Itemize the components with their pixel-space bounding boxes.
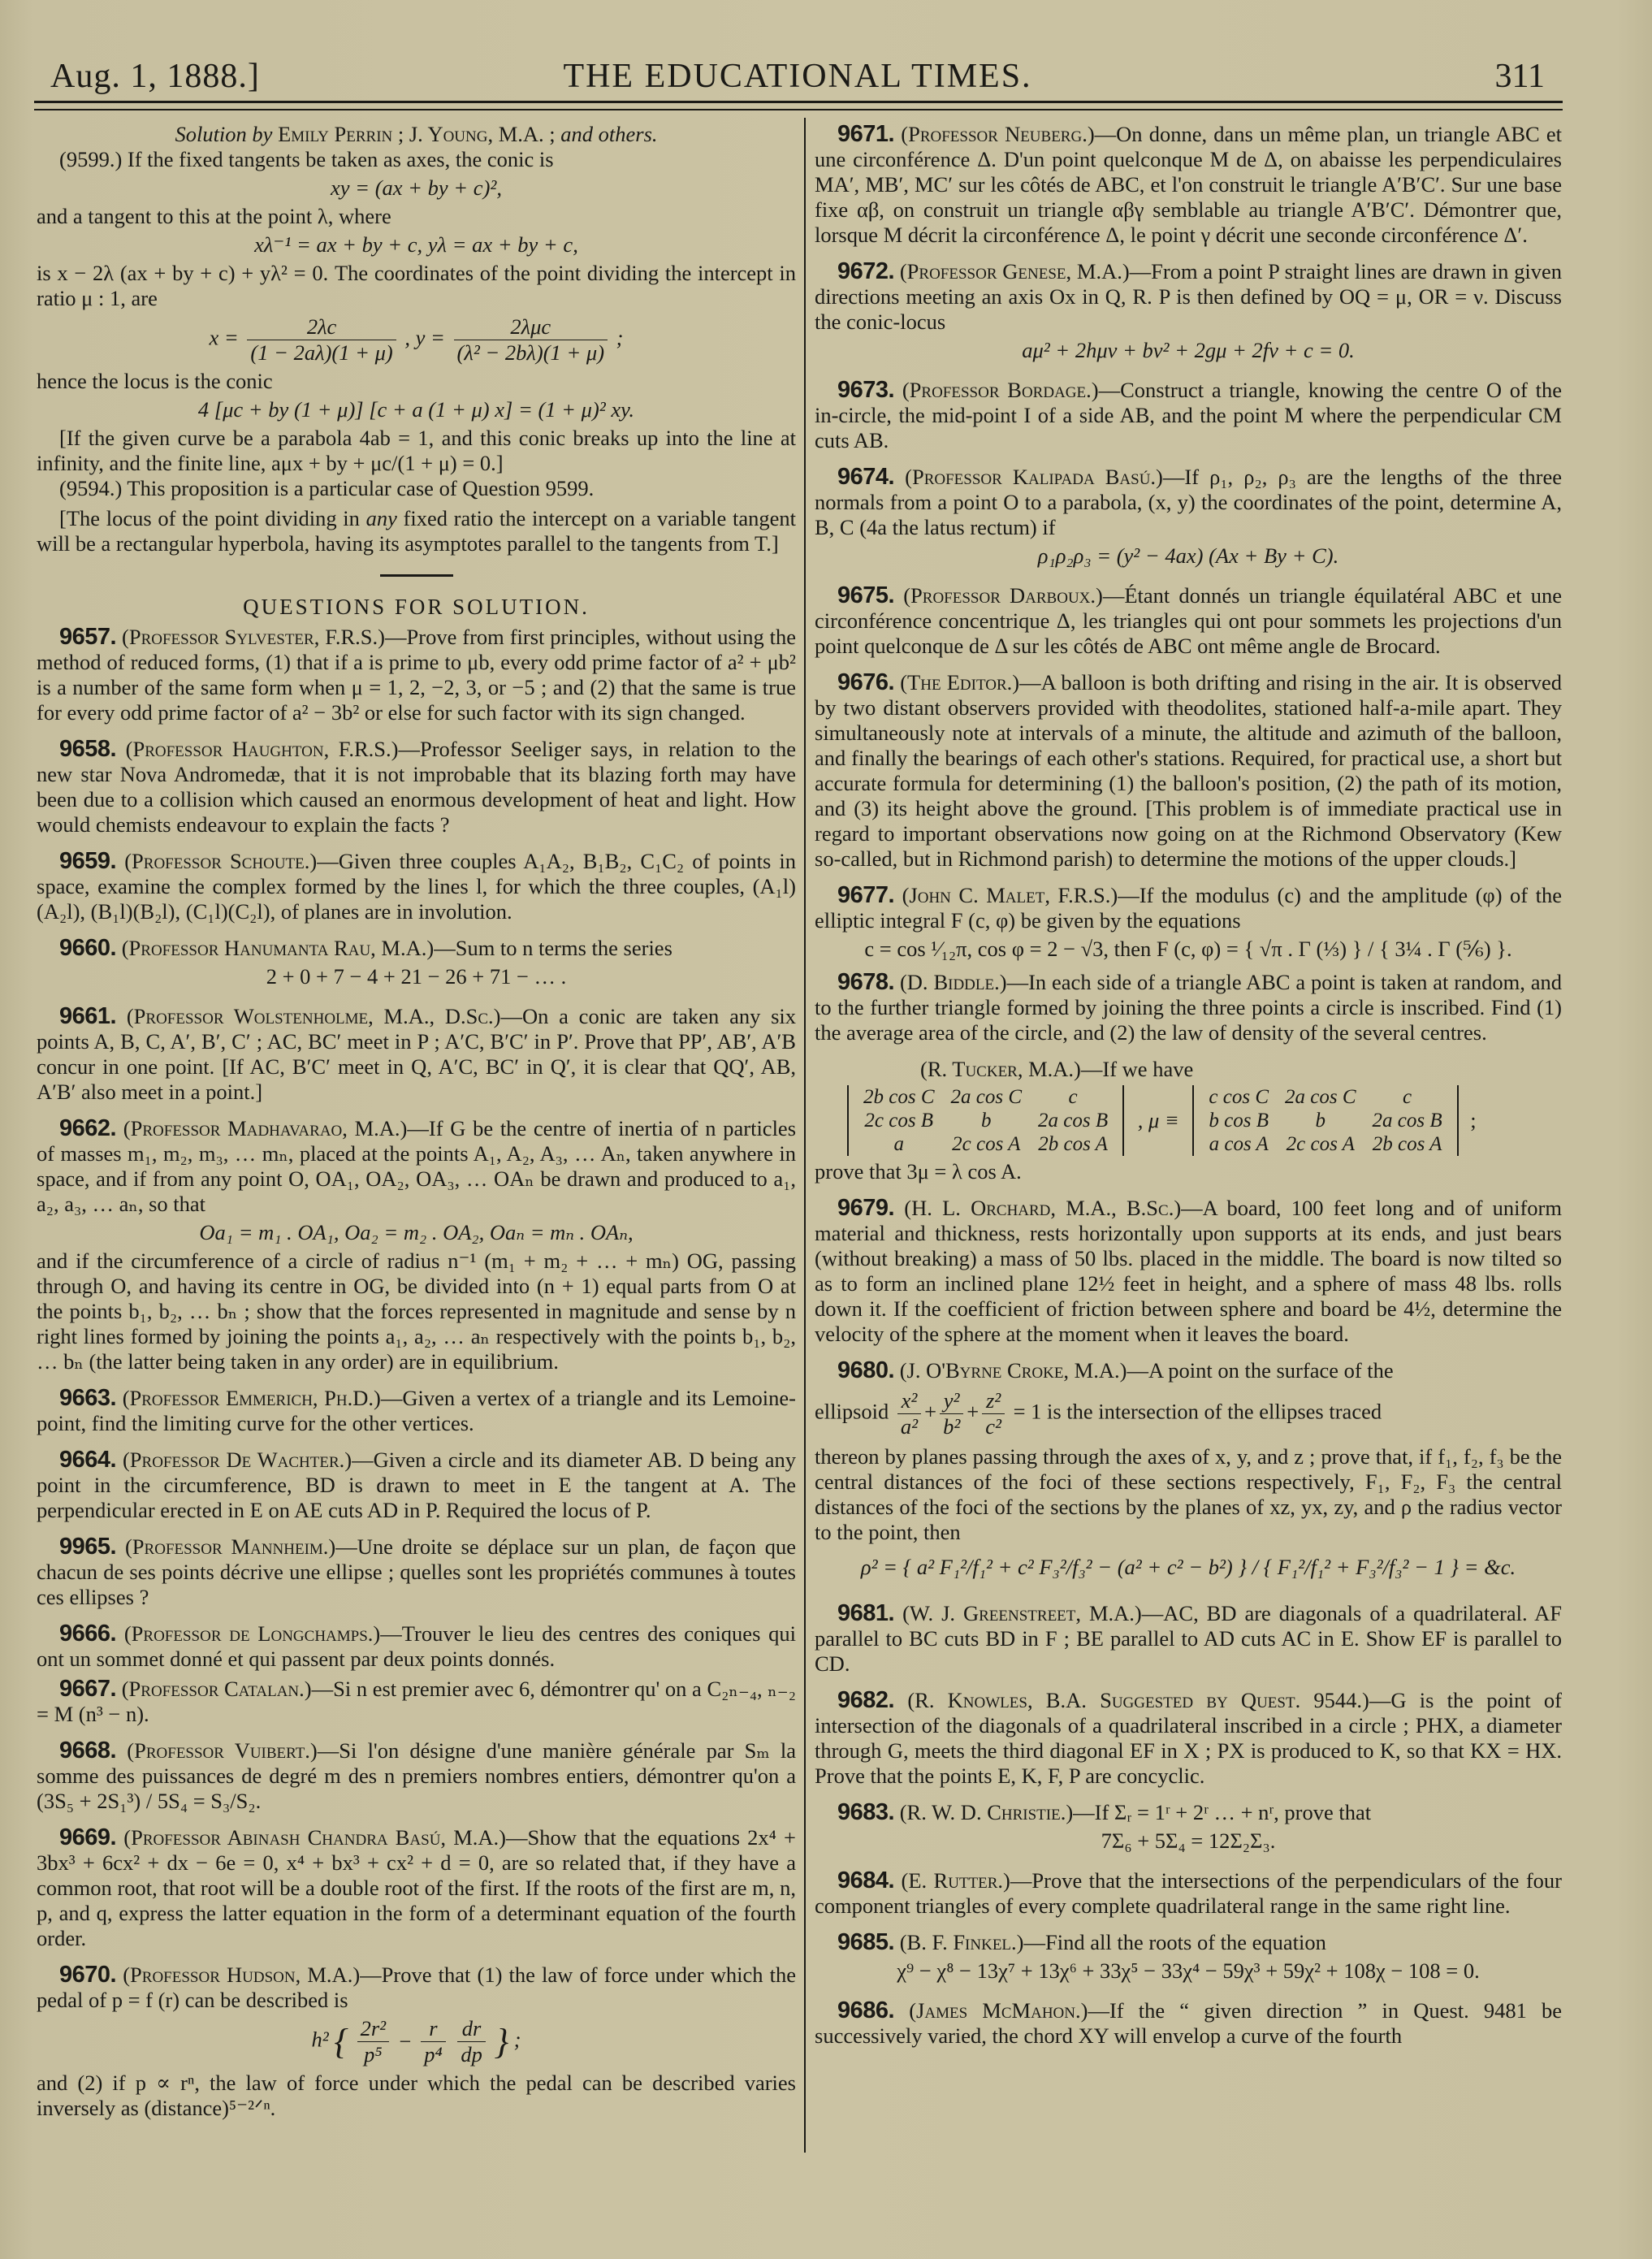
- question-9659: 9659. (Professor Schoute.)—Given three c…: [37, 849, 796, 924]
- newspaper-page: Aug. 1, 1888.] THE EDUCATIONAL TIMES. 31…: [0, 0, 1652, 2259]
- determinant-end: ;: [1470, 1108, 1476, 1132]
- determinant-separator: , μ ≡: [1138, 1108, 1179, 1132]
- question-author: (Professor Wolstenholme, M.A., D.Sc.): [127, 1004, 501, 1028]
- question-author: (H. L. Orchard, M.A., B.Sc.): [904, 1196, 1181, 1220]
- question-author: (Professor Hudson, M.A.): [123, 1963, 360, 1987]
- question-author: (Professor Bordage.): [902, 378, 1099, 402]
- eq3-x-fraction: 2λc(1 − 2aλ)(1 + μ): [247, 314, 396, 366]
- question-author: (R. Tucker, M.A.): [920, 1057, 1081, 1081]
- question-author: (Professor Neuberg.): [901, 122, 1094, 146]
- byline-prefix: Solution by: [175, 122, 272, 146]
- question-text: —Find all the roots of the equation: [1024, 1930, 1326, 1954]
- question-author: (Professor Kalipada Basú.): [905, 465, 1163, 489]
- section-separator: [380, 574, 453, 577]
- numerator: 2r²: [357, 2016, 390, 2042]
- question-text: —Sum to n terms the series: [434, 936, 672, 960]
- question-9666: 9666. (Professor de Longchamps.)—Trouver…: [37, 1621, 796, 1672]
- question-author: (Professor Schoute.): [124, 849, 317, 873]
- question-number: 9667.: [59, 1676, 116, 1702]
- numerator: x²: [897, 1388, 921, 1414]
- cell: b: [1277, 1109, 1364, 1132]
- question-author: (Professor De Wachter.): [123, 1448, 352, 1472]
- question-author: (J. O'Byrne Croke, M.A.): [900, 1358, 1127, 1383]
- question-number: 9660.: [59, 935, 116, 961]
- question-9682: 9682. (R. Knowles, B.A. Suggested by Que…: [815, 1688, 1562, 1789]
- determinant-equation: 2b cos C2a cos Cc 2c cos Bb2a cos B a2c …: [815, 1085, 1562, 1156]
- question-text: —If we have: [1081, 1057, 1193, 1081]
- question-author: (John C. Malet, F.R.S.): [902, 883, 1118, 907]
- eq-coefficient: h²: [312, 2027, 329, 2052]
- question-9670-text2: and (2) if p ∝ rⁿ, the law of force unde…: [37, 2071, 796, 2121]
- minus-sign: −: [398, 2029, 413, 2053]
- solution-text-3: is x − 2λ (ax + by + c) + yλ² = 0. The c…: [37, 261, 796, 311]
- question-number: 9677.: [837, 882, 894, 908]
- question-9685: 9685. (B. F. Finkel.)—Find all the roots…: [815, 1930, 1562, 1955]
- question-9673: 9673. (Professor Bordage.)—Construct a t…: [815, 378, 1562, 453]
- publication-title: THE EDUCATIONAL TIMES.: [34, 57, 1561, 96]
- question-number: 9965.: [59, 1534, 116, 1560]
- question-author: (The Editor.): [900, 670, 1019, 695]
- cell: c: [1364, 1085, 1451, 1109]
- question-tucker-text2: prove that 3μ = λ cos A.: [815, 1159, 1562, 1184]
- question-9672-equation: aμ² + 2hμν + bν² + 2gμ + 2fν + c = 0.: [815, 338, 1562, 363]
- question-author: (D. Biddle.): [900, 970, 1007, 994]
- page-number: 311: [1495, 57, 1545, 96]
- cell: b: [943, 1109, 1031, 1132]
- question-author: (Professor Abinash Chandra Basú, M.A.): [123, 1825, 506, 1850]
- cell: b cos B: [1200, 1109, 1277, 1132]
- question-author: (E. Rutter.): [902, 1868, 1010, 1893]
- question-author: (James McMahon.): [909, 1998, 1088, 2023]
- question-number: 9678.: [837, 969, 894, 995]
- determinant-lambda: 2b cos C2a cos Cc 2c cos Bb2a cos B a2c …: [847, 1085, 1124, 1156]
- denominator: b²: [940, 1414, 963, 1439]
- question-author: (R. W. D. Christie.): [900, 1800, 1073, 1824]
- question-9681: 9681. (W. J. Greenstreet, M.A.)—AC, BD a…: [815, 1601, 1562, 1677]
- header-rule-thin: [34, 109, 1563, 110]
- question-number: 9682.: [837, 1687, 894, 1713]
- cell: 2a cos C: [943, 1085, 1031, 1109]
- question-author: (Professor de Longchamps.): [124, 1621, 380, 1646]
- question-author: (R. Knowles, B.A. Suggested by Quest. 95…: [907, 1688, 1369, 1712]
- numerator: z²: [982, 1388, 1005, 1414]
- eq3-y-fraction: 2λμc(λ² − 2bλ)(1 + μ): [454, 314, 608, 366]
- question-9668: 9668. (Professor Vuibert.)—Si l'on désig…: [37, 1738, 796, 1814]
- question-number: 9674.: [837, 464, 894, 490]
- question-number: 9661.: [59, 1003, 116, 1029]
- question-author: (Professor Mannheim.): [125, 1534, 335, 1559]
- solution-text-2: and a tangent to this at the point λ, wh…: [37, 204, 796, 229]
- denominator: a²: [897, 1414, 921, 1439]
- question-author: (Professor Emmerich, Ph.D.): [123, 1386, 381, 1410]
- question-9683: 9683. (R. W. D. Christie.)—If Σᵣ = 1ʳ + …: [815, 1800, 1562, 1825]
- question-number: 9668.: [59, 1738, 116, 1763]
- question-9675: 9675. (Professor Darboux.)—Étant donnés …: [815, 583, 1562, 659]
- close-brace: }: [494, 2022, 508, 2062]
- question-number: 9681.: [837, 1600, 894, 1626]
- question-author: (Professor Catalan.): [122, 1677, 312, 1701]
- solution-text-4: hence the locus is the conic: [37, 369, 796, 394]
- denominator: p⁴: [421, 2042, 445, 2067]
- cell: a cos A: [1200, 1132, 1277, 1156]
- cell: 2c cos B: [855, 1109, 943, 1132]
- question-9664: 9664. (Professor De Wachter.)—Given a ci…: [37, 1448, 796, 1523]
- question-number: 9664.: [59, 1447, 116, 1473]
- question-number: 9673.: [837, 377, 894, 403]
- numerator: 2λc: [247, 314, 396, 340]
- text-part: [The locus of the point dividing in: [59, 506, 366, 530]
- question-author: (Professor Haughton, F.R.S.): [126, 737, 399, 761]
- section-title: QUESTIONS FOR SOLUTION.: [37, 595, 796, 620]
- question-number: 9663.: [59, 1385, 116, 1411]
- question-9965: 9965. (Professor Mannheim.)—Une droite s…: [37, 1534, 796, 1610]
- question-author: (B. F. Finkel.): [900, 1930, 1024, 1954]
- question-number: 9679.: [837, 1195, 894, 1221]
- question-author: (Professor Genese, M.A.): [900, 259, 1130, 283]
- question-9680-equation: ρ² = { a² F₁²/f₁² + c² F₃²/f₃² − (a² + c…: [815, 1555, 1562, 1580]
- denominator: p⁵: [357, 2042, 390, 2067]
- question-number: 9684.: [837, 1867, 894, 1893]
- question-9680: 9680. (J. O'Byrne Croke, M.A.)—A point o…: [815, 1358, 1562, 1383]
- solution-equation-4: 4 [μc + by (1 + μ)] [c + a (1 + μ) x] = …: [37, 397, 796, 422]
- question-text: —A balloon is both drifting and rising i…: [815, 670, 1562, 871]
- question-9657: 9657. (Professor Sylvester, F.R.S.)—Prov…: [37, 625, 796, 725]
- fraction-y: y²b²: [940, 1388, 963, 1439]
- numerator: r: [421, 2016, 445, 2042]
- cell: 2b cos A: [1030, 1132, 1116, 1156]
- cell: 2c cos A: [943, 1132, 1031, 1156]
- denominator: (λ² − 2bλ)(1 + μ): [454, 340, 608, 366]
- solution-byline: Solution by Emily Perrin ; J. Young, M.A…: [37, 122, 796, 147]
- solution-9594: (9594.) This proposition is a particular…: [37, 476, 796, 501]
- fraction-2: rp⁴: [421, 2016, 445, 2067]
- numerator: y²: [940, 1388, 963, 1414]
- solution-equation-2: xλ⁻¹ = ax + by + c, yλ = ax + by + c,: [37, 232, 796, 257]
- question-author: (W. J. Greenstreet, M.A.): [902, 1601, 1142, 1625]
- header-rule-thick: [34, 101, 1563, 103]
- question-number: 9685.: [837, 1929, 894, 1955]
- byline-authors: Emily Perrin ; J. Young, M.A. ;: [278, 122, 556, 146]
- question-number: 9658.: [59, 736, 116, 762]
- cell: 2b cos A: [1364, 1132, 1451, 1156]
- question-9662-equation: Oa₁ = m₁ . OA₁, Oa₂ = m₂ . OA₂, Oaₙ = mₙ…: [37, 1220, 796, 1245]
- question-9683-equation: 7Σ₆ + 5Σ₄ = 12Σ₂Σ₃.: [815, 1828, 1562, 1854]
- question-9674: 9674. (Professor Kalipada Basú.)—If ρ₁, …: [815, 465, 1562, 540]
- question-9677-equation: c = cos ¹⁄₁₂π, cos φ = 2 − √3, then F (c…: [815, 937, 1562, 962]
- solution-text-6: [The locus of the point dividing in any …: [37, 506, 796, 556]
- cell: c: [1030, 1085, 1116, 1109]
- question-number: 9676.: [837, 669, 894, 695]
- question-9679: 9679. (H. L. Orchard, M.A., B.Sc.)—A boa…: [815, 1196, 1562, 1347]
- question-9660-equation: 2 + 0 + 7 − 4 + 21 − 26 + 71 − … .: [37, 964, 796, 989]
- question-author: (Professor Vuibert.): [127, 1738, 317, 1763]
- question-9686: 9686. (James McMahon.)—If the “ given di…: [815, 1998, 1562, 2049]
- question-number: 9670.: [59, 1962, 116, 1988]
- question-number: 9671.: [837, 121, 894, 147]
- fraction-x: x²a²: [897, 1388, 921, 1439]
- eq3-x-lhs: x =: [210, 326, 239, 350]
- question-9670-equation: h² { 2r²p⁵ − rp⁴ drdp } ;: [37, 2016, 796, 2067]
- question-9660: 9660. (Professor Hanumanta Rau, M.A.)—Su…: [37, 936, 796, 961]
- question-number: 9675.: [837, 582, 894, 608]
- question-number: 9683.: [837, 1799, 894, 1825]
- fraction-z: z²c²: [982, 1388, 1005, 1439]
- solution-equation-1: xy = (ax + by + c)²,: [37, 175, 796, 201]
- question-author: (Professor Hanumanta Rau, M.A.): [122, 936, 435, 960]
- eq3-y-lhs: , y =: [404, 326, 445, 350]
- question-9680-text2: thereon by planes passing through the ax…: [815, 1444, 1562, 1545]
- solution-9599-intro: (9599.) If the fixed tangents be taken a…: [37, 147, 796, 172]
- determinant-mu: c cos C2a cos Cc b cos Bb2a cos B a cos …: [1192, 1085, 1458, 1156]
- question-number: 9666.: [59, 1621, 116, 1647]
- question-tucker: (R. Tucker, M.A.)—If we have: [815, 1057, 1562, 1082]
- question-9684: 9684. (E. Rutter.)—Prove that the inters…: [815, 1868, 1562, 1919]
- question-number: 9659.: [59, 848, 116, 874]
- emphasis: any: [366, 506, 397, 530]
- question-9658: 9658. (Professor Haughton, F.R.S.)—Profe…: [37, 737, 796, 837]
- solution-equation-3: x = 2λc(1 − 2aλ)(1 + μ) , y = 2λμc(λ² − …: [37, 314, 796, 366]
- question-9663: 9663. (Professor Emmerich, Ph.D.)—Given …: [37, 1386, 796, 1436]
- question-text: —A point on the surface of the: [1127, 1358, 1393, 1383]
- question-number: 9672.: [837, 258, 894, 284]
- question-number: 9686.: [837, 1997, 894, 2023]
- question-9672: 9672. (Professor Genese, M.A.)—From a po…: [815, 259, 1562, 335]
- question-9667: 9667. (Professor Catalan.)—Si n est prem…: [37, 1677, 796, 1727]
- left-column: Solution by Emily Perrin ; J. Young, M.A…: [37, 122, 796, 2121]
- column-divider: [804, 118, 806, 2153]
- text-part: ellipsoid: [815, 1400, 889, 1424]
- cell: c cos C: [1200, 1085, 1277, 1109]
- cell: 2b cos C: [855, 1085, 943, 1109]
- text-part: = 1 is the intersection of the ellipses …: [1014, 1400, 1382, 1424]
- question-9662: 9662. (Professor Madhavarao, M.A.)—If G …: [37, 1116, 796, 1217]
- question-9670: 9670. (Professor Hudson, M.A.)—Prove tha…: [37, 1963, 796, 2013]
- eq3-end: ;: [616, 326, 624, 350]
- byline-suffix: and others.: [560, 122, 657, 146]
- question-9661: 9661. (Professor Wolstenholme, M.A., D.S…: [37, 1004, 796, 1105]
- numerator: dr: [457, 2016, 486, 2042]
- numerator: 2λμc: [454, 314, 608, 340]
- question-9669: 9669. (Professor Abinash Chandra Basú, M…: [37, 1825, 796, 1951]
- cell: 2a cos B: [1030, 1109, 1116, 1132]
- question-number: 9657.: [59, 624, 116, 650]
- open-brace: {: [334, 2022, 348, 2062]
- cell: 2a cos B: [1364, 1109, 1451, 1132]
- question-author: (Professor Madhavarao, M.A.): [123, 1116, 408, 1140]
- question-number: 9669.: [59, 1824, 116, 1850]
- question-9678: 9678. (D. Biddle.)—In each side of a tri…: [815, 970, 1562, 1045]
- question-text: —If Σᵣ = 1ʳ + 2ʳ … + nʳ, prove that: [1073, 1800, 1371, 1824]
- question-number: 9662.: [59, 1115, 116, 1141]
- fraction-1: 2r²p⁵: [357, 2016, 390, 2067]
- denominator: dp: [457, 2042, 486, 2067]
- page-header: Aug. 1, 1888.] THE EDUCATIONAL TIMES. 31…: [34, 57, 1561, 99]
- question-9662-text2: and if the circumference of a circle of …: [37, 1249, 796, 1374]
- question-9674-equation: ρ₁ρ₂ρ₃ = (y² − 4ax) (Ax + By + C).: [815, 543, 1562, 569]
- question-author: (Professor Sylvester, F.R.S.): [122, 625, 385, 649]
- question-9685-equation: χ⁹ − χ⁸ − 13χ⁷ + 13χ⁶ + 33χ⁵ − 33χ⁴ − 59…: [815, 1958, 1562, 1984]
- cell: 2c cos A: [1277, 1132, 1364, 1156]
- question-9677: 9677. (John C. Malet, F.R.S.)—If the mod…: [815, 883, 1562, 933]
- question-9676: 9676. (The Editor.)—A balloon is both dr…: [815, 670, 1562, 872]
- denominator: c²: [982, 1414, 1005, 1439]
- solution-text-5: [If the given curve be a parabola 4ab = …: [37, 426, 796, 476]
- right-column: 9671. (Professor Neuberg.)—On donne, dan…: [815, 122, 1562, 2049]
- question-9671: 9671. (Professor Neuberg.)—On donne, dan…: [815, 122, 1562, 248]
- question-author: (Professor Darboux.): [903, 583, 1103, 608]
- fraction-3: drdp: [457, 2016, 486, 2067]
- cell: 2a cos C: [1277, 1085, 1364, 1109]
- cell: a: [855, 1132, 943, 1156]
- question-9680-ellipsoid-line: ellipsoid x²a²+y²b²+z²c² = 1 is the inte…: [815, 1388, 1562, 1439]
- question-number: 9680.: [837, 1357, 894, 1383]
- denominator: (1 − 2aλ)(1 + μ): [247, 340, 396, 366]
